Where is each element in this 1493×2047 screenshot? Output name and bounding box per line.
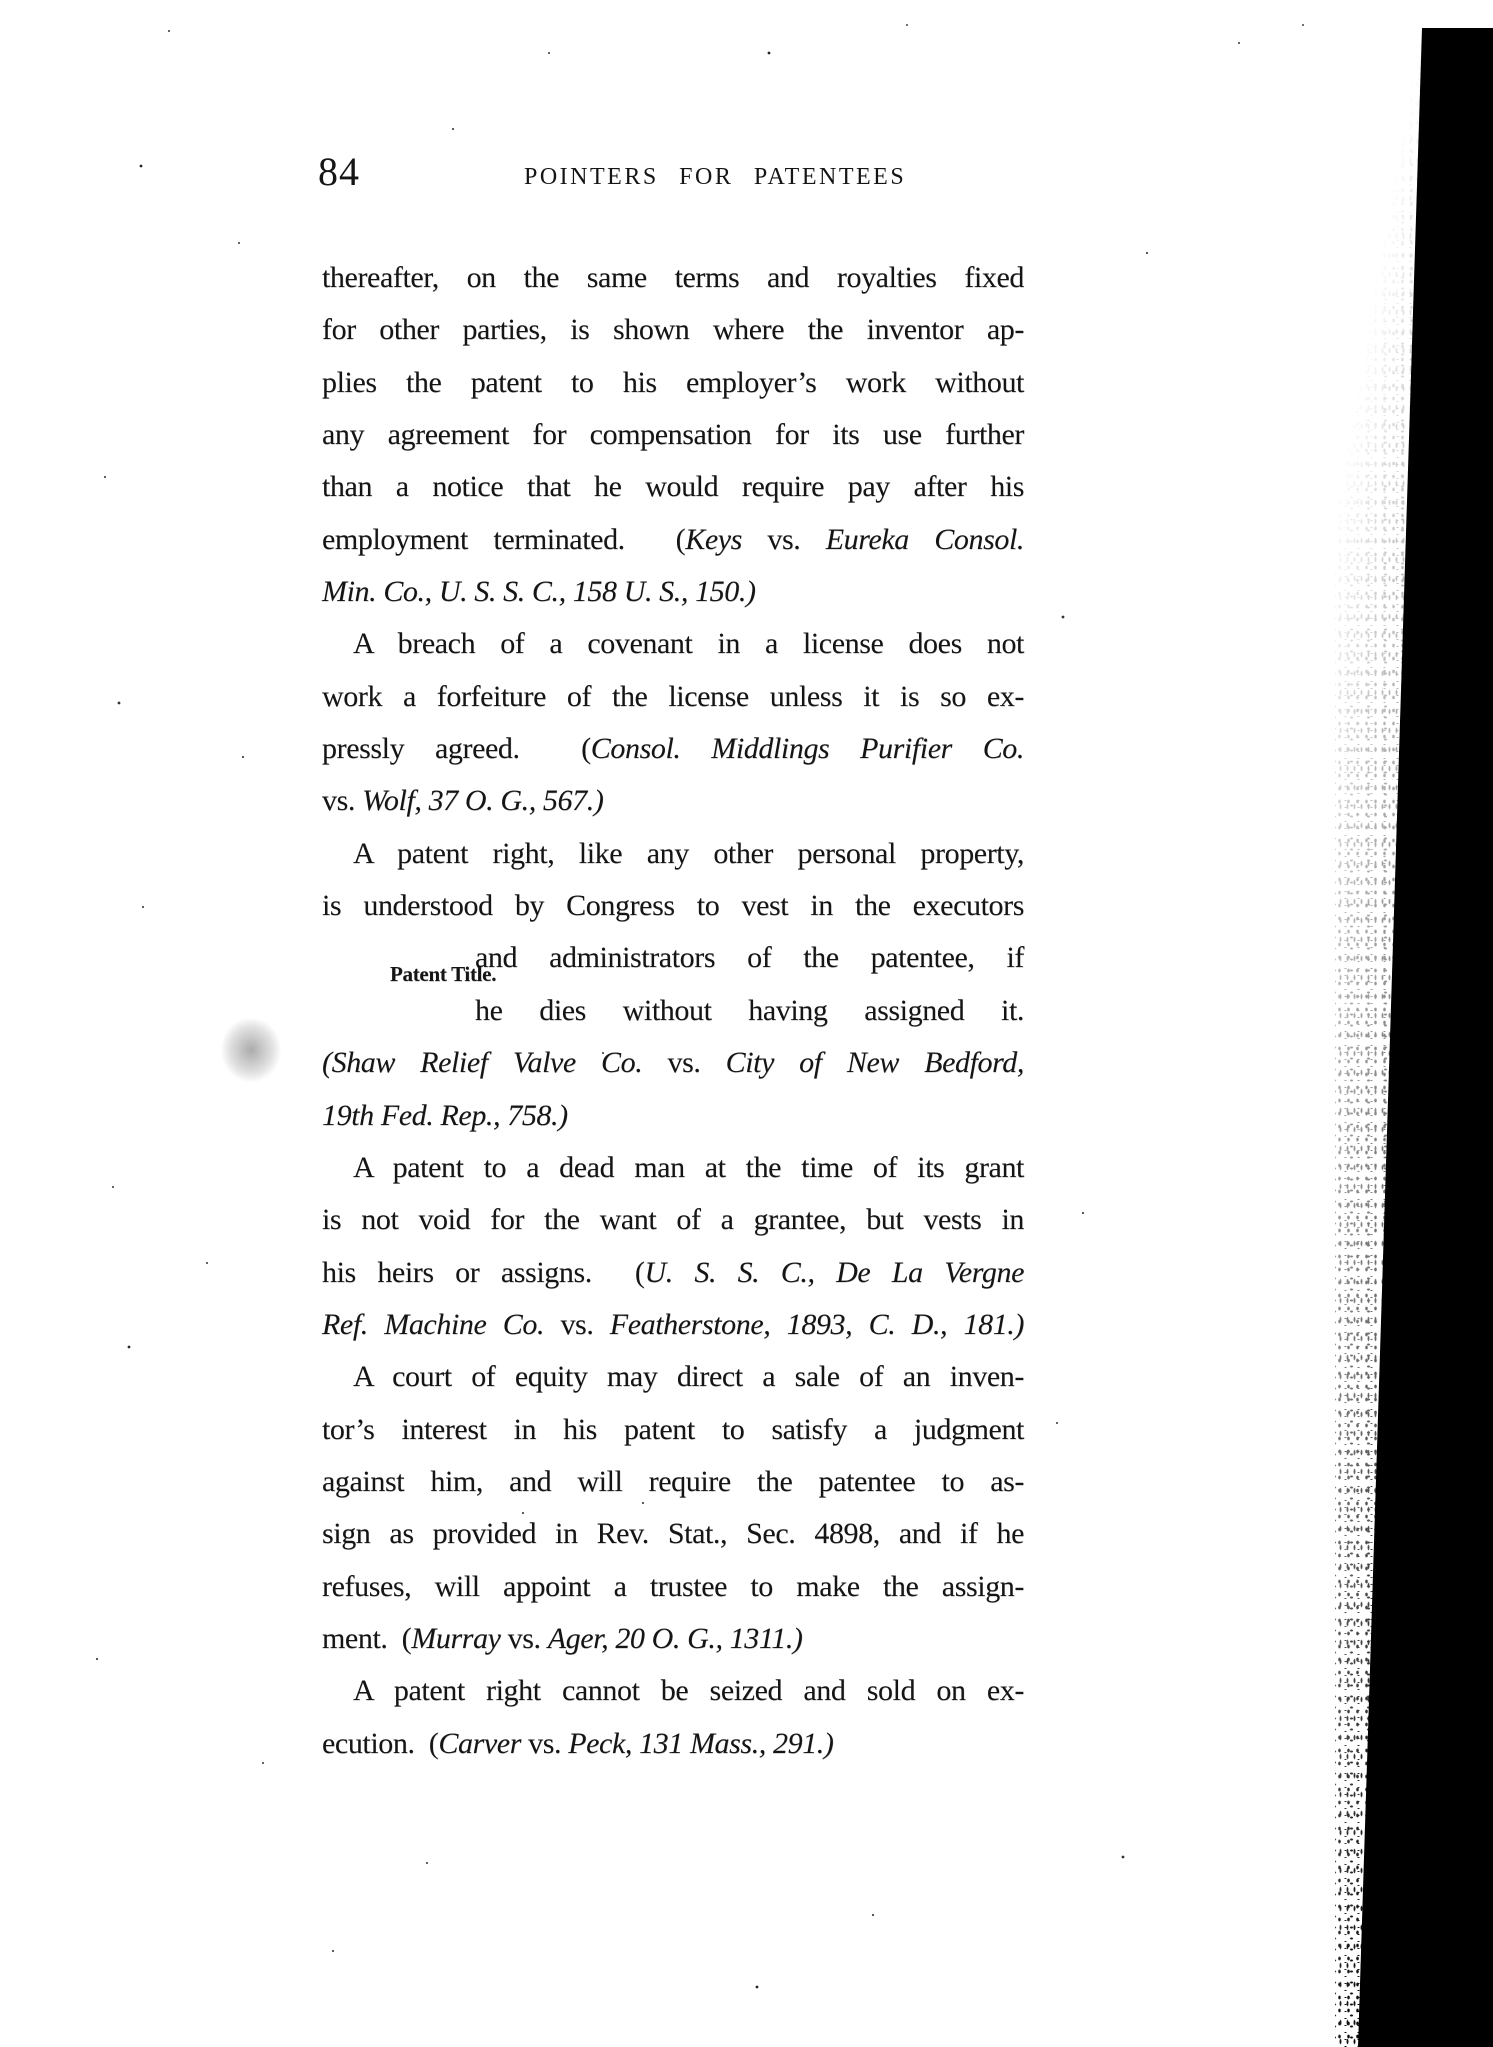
text-line: work a forfeiture of the license unless … (322, 671, 1024, 723)
text-line: thereafter, on the same terms and royalt… (322, 252, 1024, 304)
text-line: 19th Fed. Rep., 758.) (322, 1090, 1024, 1142)
text-line: A court of equity may direct a sale of a… (322, 1351, 1024, 1403)
margin-note: Patent Title. (390, 962, 496, 987)
text-line: tor’s interest in his patent to satisfy … (322, 1404, 1024, 1456)
scan-smudge (212, 1008, 290, 1092)
text-line: ment. (Murray vs. Ager, 20 O. G., 1311.) (322, 1613, 1024, 1665)
scan-noise-dots (0, 0, 2, 2)
text-line: Ref. Machine Co. vs. Featherstone, 1893,… (322, 1299, 1024, 1351)
text-line: A patent right cannot be seized and sold… (322, 1665, 1024, 1717)
text-line: is understood by Congress to vest in the… (322, 880, 1024, 932)
text-line: vs. Wolf, 37 O. G., 567.) (322, 775, 1024, 827)
text-line: refuses, will appoint a trustee to make … (322, 1561, 1024, 1613)
text-line: plies the patent to his employer’s work … (322, 357, 1024, 409)
running-title: POINTERS FOR PATENTEES (524, 164, 906, 190)
text-line: against him, and will require the patent… (322, 1456, 1024, 1508)
scanned-book-page: 84 POINTERS FOR PATENTEES thereafter, on… (0, 0, 1493, 2047)
text-line: employment terminated. (Keys vs. Eureka … (322, 514, 1024, 566)
text-line: Min. Co., U. S. S. C., 158 U. S., 150.) (322, 566, 1024, 618)
text-line: sign as provided in Rev. Stat., Sec. 489… (322, 1508, 1024, 1560)
text-line: ecution. (Carver vs. Peck, 131 Mass., 29… (322, 1718, 1024, 1770)
text-line: he dies without having assigned it. (475, 985, 1024, 1037)
page-number: 84 (318, 152, 360, 192)
text-line: A breach of a covenant in a license does… (322, 618, 1024, 670)
text-line: his heirs or assigns. (U. S. S. C., De L… (322, 1247, 1024, 1299)
text-line: A patent to a dead man at the time of it… (322, 1142, 1024, 1194)
text-line: for other parties, is shown where the in… (322, 304, 1024, 356)
text-line: pressly agreed. (Consol. Middlings Purif… (322, 723, 1024, 775)
text-line: (Shaw Relief Valve Co. vs. City of New B… (322, 1037, 1024, 1089)
text-line: than a notice that he would require pay … (322, 461, 1024, 513)
text-line: and administrators of the patentee, if (475, 932, 1024, 984)
text-line: any agreement for compensation for its u… (322, 409, 1024, 461)
text-column: thereafter, on the same terms and royalt… (322, 252, 1024, 1770)
text-line: A patent right, like any other personal … (322, 828, 1024, 880)
text-line: is not void for the want of a grantee, b… (322, 1194, 1024, 1246)
